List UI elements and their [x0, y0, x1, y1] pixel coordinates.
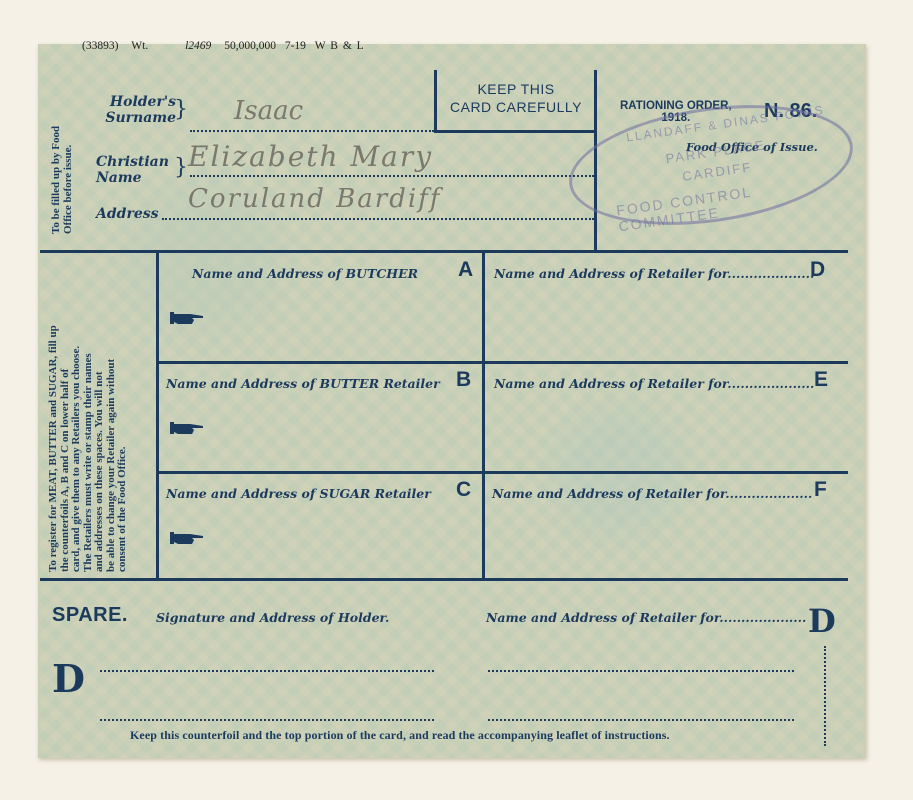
keep-card-line: CARD CAREFULLY — [440, 98, 592, 116]
print-info: (33893) Wt. l2469 50,000,000 7-19 W B & … — [82, 40, 365, 52]
counterfoil-a-label: Name and Address of BUTCHER — [192, 266, 418, 281]
counterfoil-f-label: Name and Address of Retailer for........… — [492, 486, 812, 501]
counterfoil-a-letter: A — [458, 258, 473, 282]
address-label: Address — [96, 206, 159, 222]
spare-letter-right: D — [808, 602, 836, 640]
surname-label-line: Holder's — [96, 94, 176, 110]
address-value[interactable]: Coruland Bardiff — [188, 184, 441, 214]
instruction-line: To register for MEAT, BUTTER and SUGAR, … — [48, 325, 60, 572]
signature-dotted-line-1[interactable] — [100, 670, 434, 672]
counterfoil-c-letter: C — [456, 478, 471, 502]
print-wt: Wt. — [131, 40, 148, 52]
instruction-line: and addresses on these spaces. You will … — [94, 325, 106, 572]
christian-label-line: Name — [96, 170, 176, 186]
counterfoil-c-label: Name and Address of SUGAR Retailer — [166, 486, 431, 501]
stamp-middle2: CARDIFF — [681, 159, 753, 184]
print-quantity: 50,000,000 — [224, 40, 276, 52]
row-divider-2 — [156, 471, 848, 474]
keep-card-notice: KEEP THIS CARD CAREFULLY — [440, 80, 592, 116]
counterfoil-b-letter: B — [456, 368, 471, 392]
counterfoil-d-label: Name and Address of Retailer for........… — [494, 266, 814, 281]
print-date: 7-19 — [285, 40, 306, 52]
side-note-line: Office before issue. — [62, 126, 74, 234]
brace-icon: } — [174, 152, 188, 184]
side-note-food-office: To be filled up by Food Office before is… — [50, 126, 74, 234]
christian-name-value[interactable]: Elizabeth Mary — [188, 140, 433, 173]
keep-card-line: KEEP THIS — [440, 80, 592, 98]
center-divider — [482, 250, 485, 580]
surname-label: Holder's Surname — [96, 94, 176, 126]
print-code: (33893) — [82, 40, 118, 52]
instruction-line: consent of the Food Office. — [117, 325, 129, 572]
christian-label-line: Christian — [96, 154, 176, 170]
christian-name-label: Christian Name — [96, 154, 176, 186]
brace-icon: } — [174, 94, 188, 126]
spare-letter-left: D — [52, 656, 85, 701]
spare-title: SPARE. — [52, 604, 128, 627]
surname-value[interactable]: Isaac — [234, 96, 303, 126]
address-dotted-line — [162, 218, 594, 220]
pointing-hand-icon — [170, 420, 204, 436]
surname-dotted-line — [190, 130, 434, 132]
spare-vertical-dotted-line — [824, 646, 826, 746]
counterfoil-f-letter: F — [814, 478, 827, 502]
pointing-hand-icon — [170, 310, 204, 326]
spare-retailer-label: Name and Address of Retailer for........… — [486, 610, 806, 625]
retailer-dotted-line-2[interactable] — [488, 719, 794, 721]
signature-dotted-line-2[interactable] — [100, 719, 434, 721]
christian-name-dotted-line — [190, 175, 594, 177]
side-note-line: To be filled up by Food — [50, 126, 62, 234]
keep-box-bottom-border — [434, 130, 594, 133]
header-bottom-rule — [40, 250, 848, 253]
registration-instructions: To register for MEAT, BUTTER and SUGAR, … — [48, 325, 129, 572]
retailer-dotted-line-1[interactable] — [488, 670, 794, 672]
row-divider-1 — [156, 361, 848, 364]
counterfoil-bottom-rule — [40, 578, 848, 581]
print-batch: l2469 — [185, 40, 211, 52]
signature-label: Signature and Address of Holder. — [156, 610, 389, 625]
instruction-line: card, and give them to any Retailers you… — [71, 325, 83, 572]
pointing-hand-icon — [170, 530, 204, 546]
surname-label-line: Surname — [96, 110, 176, 126]
print-printer: W B & L — [315, 40, 365, 52]
counterfoil-e-letter: E — [814, 368, 828, 392]
instructions-divider — [156, 250, 159, 580]
counterfoil-e-label: Name and Address of Retailer for........… — [494, 376, 814, 391]
ration-card: (33893) Wt. l2469 50,000,000 7-19 W B & … — [38, 44, 866, 758]
stamp-bottom: FOOD CONTROL COMMITTEE — [615, 169, 857, 234]
counterfoil-d-letter: D — [810, 258, 825, 282]
spare-footer-instructions: Keep this counterfoil and the top portio… — [130, 728, 670, 743]
counterfoil-b-label: Name and Address of BUTTER Retailer — [166, 376, 440, 391]
keep-box-left-border — [434, 70, 437, 132]
food-control-committee-stamp: LLANDAFF & DINAS POWIS PARK PLACE CARDIF… — [561, 89, 860, 242]
